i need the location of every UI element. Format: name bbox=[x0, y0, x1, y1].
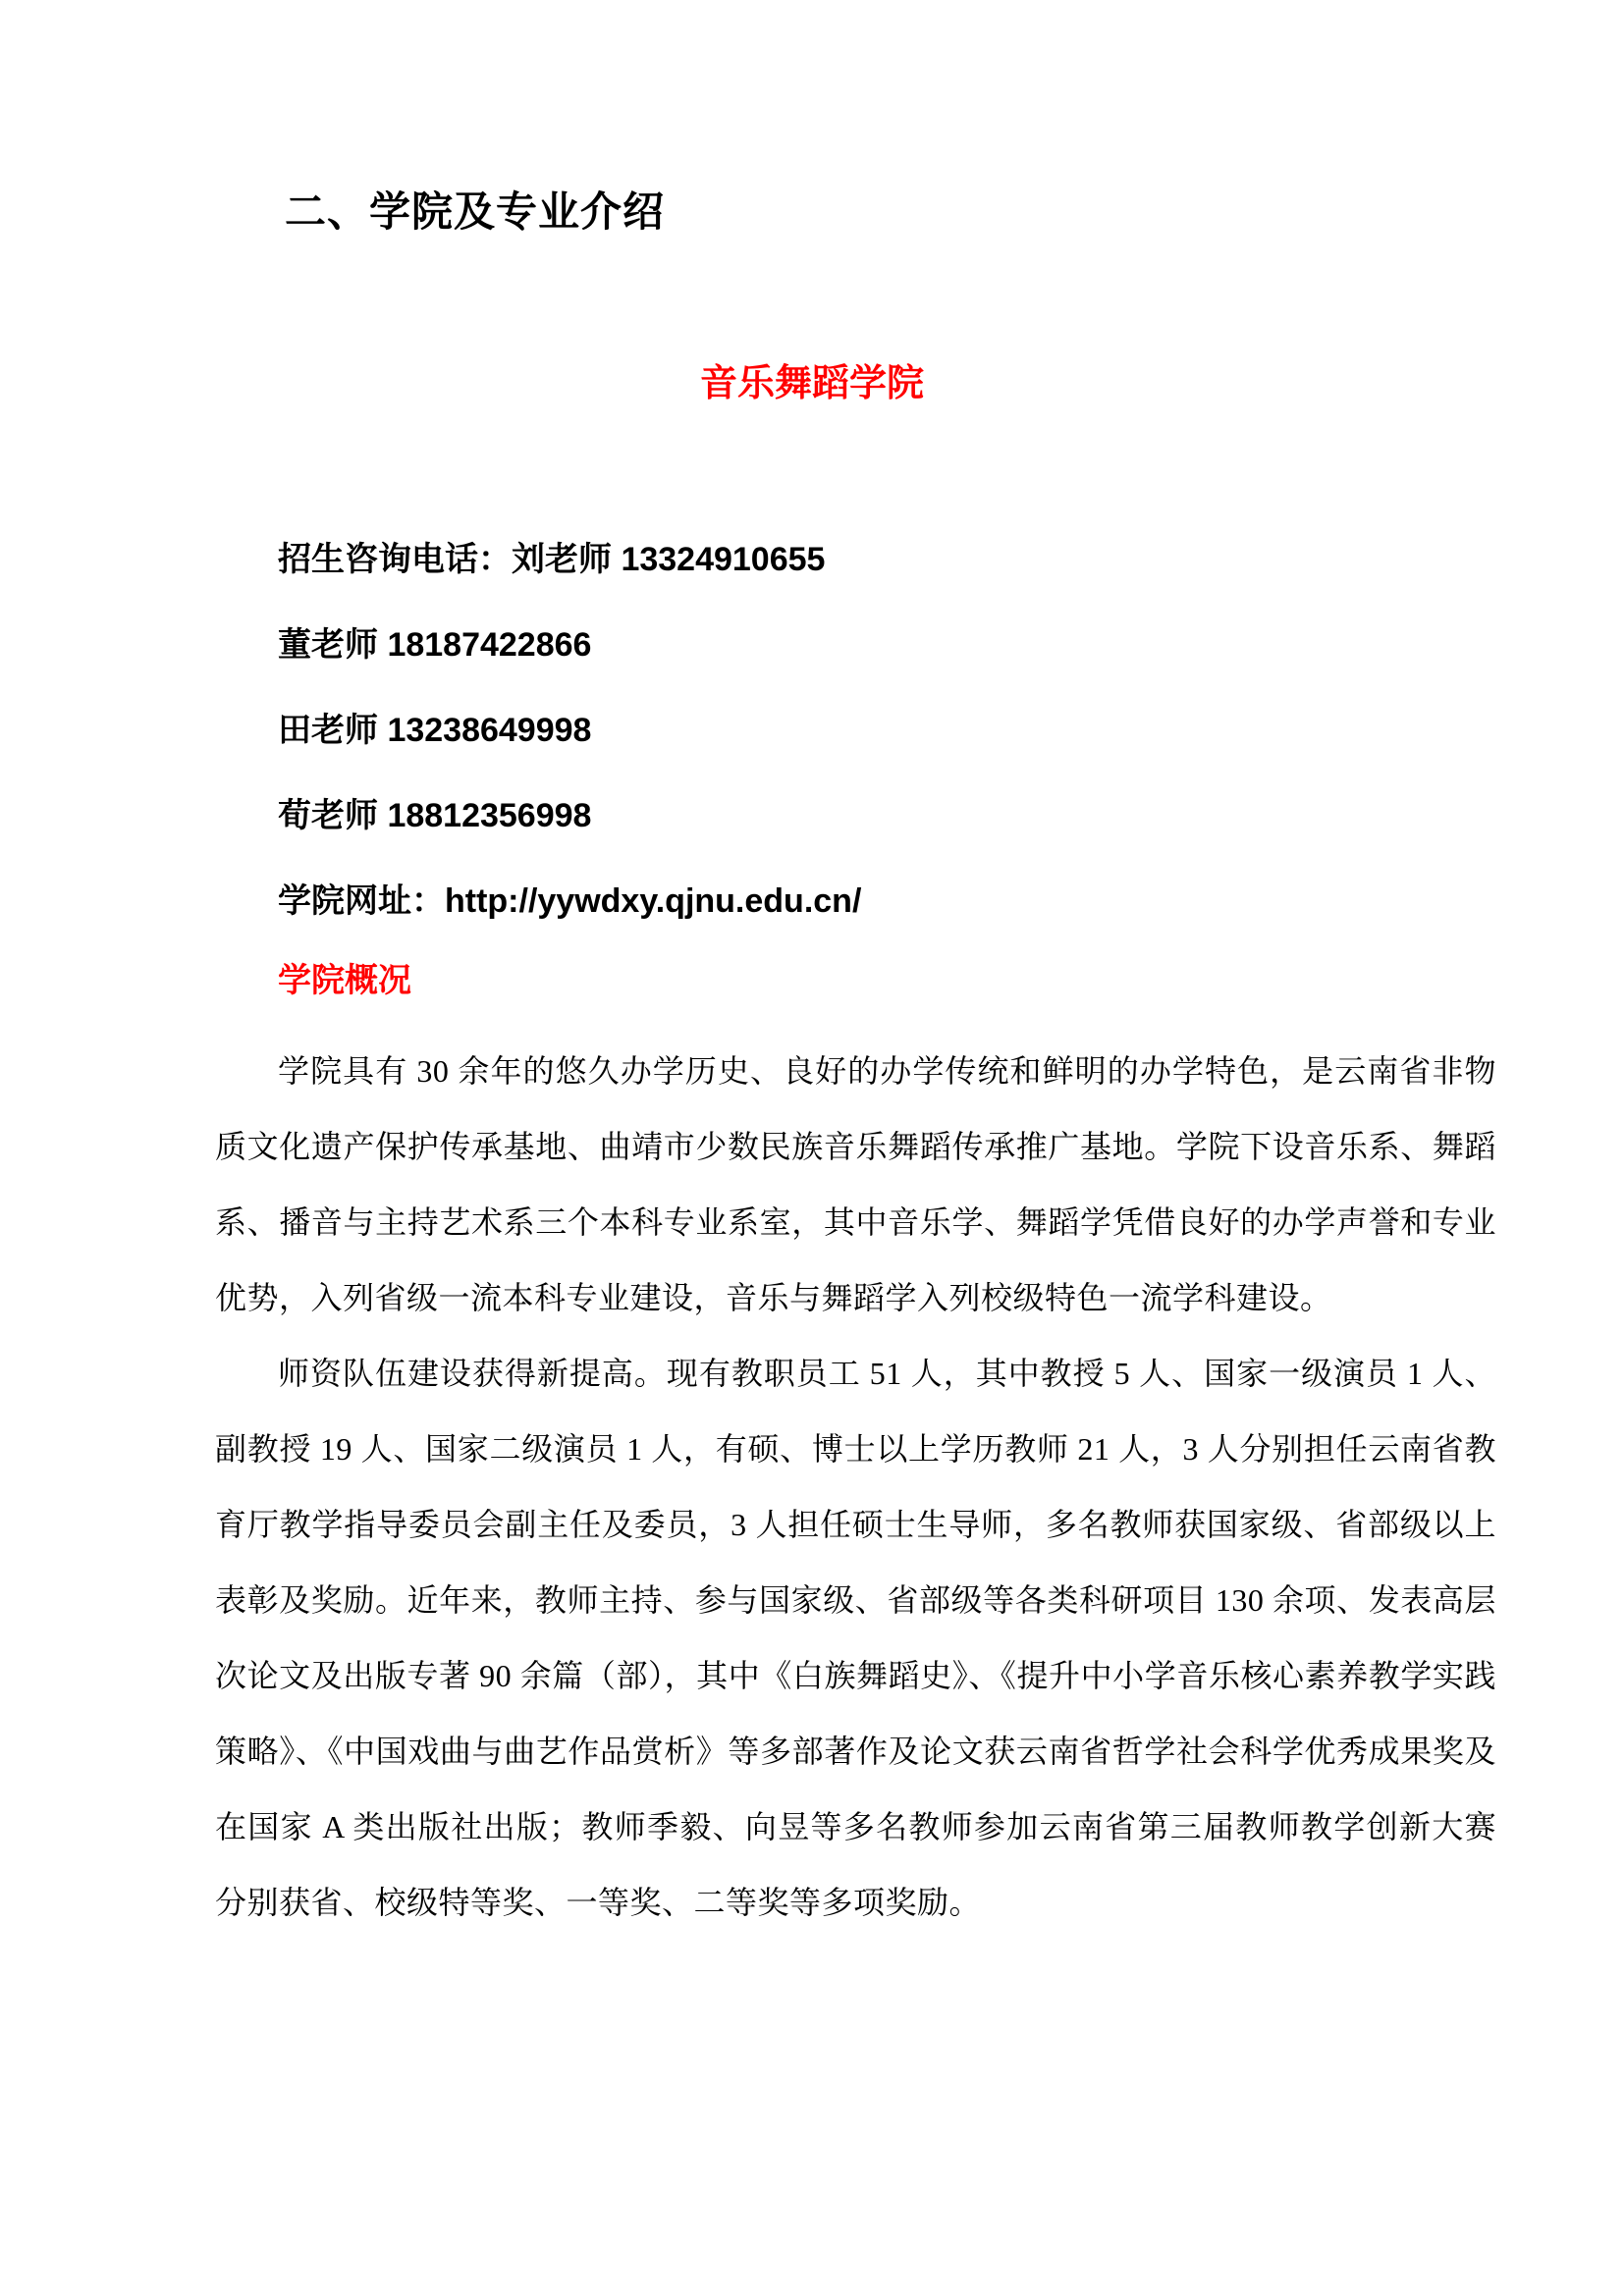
contact-line-xun: 荀老师 18812356998 bbox=[278, 799, 1624, 832]
contact-line-dong: 董老师 18187422866 bbox=[278, 628, 1624, 662]
college-title: 音乐舞蹈学院 bbox=[0, 365, 1624, 402]
overview-heading: 学院概况 bbox=[278, 964, 1624, 997]
overview-body: 学院具有 30 余年的悠久办学历史、良好的办学传统和鲜明的办学特色，是云南省非物… bbox=[215, 1034, 1496, 1941]
contact-line-liu: 招生咨询电话：刘老师 13324910655 bbox=[278, 543, 1624, 576]
document-page: 二、学院及专业介绍 音乐舞蹈学院 招生咨询电话：刘老师 13324910655 … bbox=[0, 0, 1624, 2296]
paragraph-college-history: 学院具有 30 余年的悠久办学历史、良好的办学传统和鲜明的办学特色，是云南省非物… bbox=[215, 1034, 1496, 1336]
website-line: 学院网址：http://yywdxy.qjnu.edu.cn/ bbox=[278, 884, 1624, 918]
contact-block: 招生咨询电话：刘老师 13324910655 董老师 18187422866 田… bbox=[278, 543, 1624, 918]
paragraph-faculty: 师资队伍建设获得新提高。现有教职员工 51 人，其中教授 5 人、国家一级演员 … bbox=[215, 1336, 1496, 1941]
contact-line-tian: 田老师 13238649998 bbox=[278, 714, 1624, 747]
section-title: 二、学院及专业介绍 bbox=[285, 191, 1624, 233]
